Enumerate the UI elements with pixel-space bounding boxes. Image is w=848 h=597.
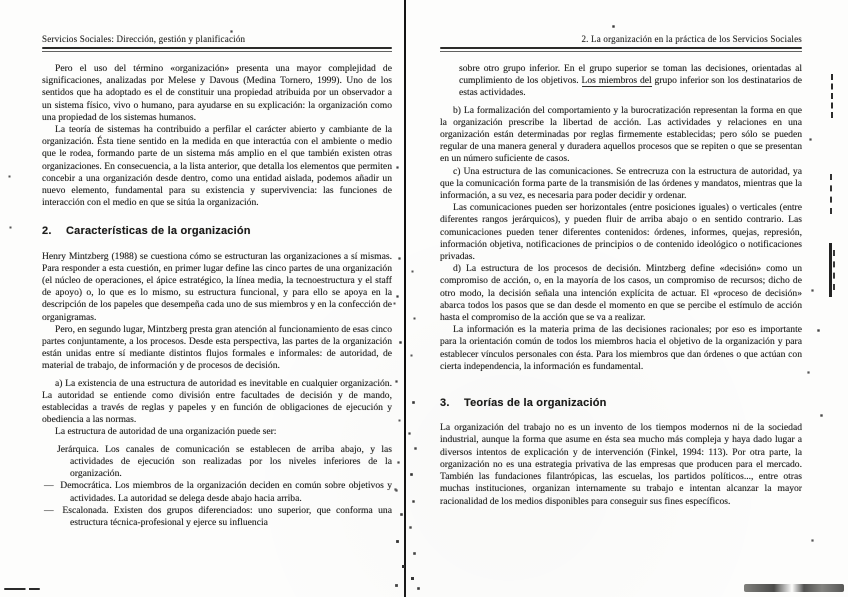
list-item-text: Jerárquica. Los canales de comunicación … bbox=[57, 444, 392, 479]
paragraph-organizacion-termino: Pero el uso del término «organización» p… bbox=[42, 63, 392, 124]
paragraph-b-formalizacion: b) La formalización del comportamiento y… bbox=[440, 105, 802, 166]
list-item-jerarquica: Jerárquica. Los canales de comunicación … bbox=[57, 444, 392, 481]
paragraph-c-comunicaciones: c) Una estructura de las comunicaciones.… bbox=[440, 166, 802, 203]
section-number: 3. bbox=[440, 397, 464, 409]
right-running-header: 2. La organización en la práctica de los… bbox=[440, 34, 802, 45]
paragraph-escalonada-continuation: sobre otro grupo inferior. En el grupo s… bbox=[440, 63, 802, 100]
page-edge-artifact bbox=[829, 243, 832, 297]
right-header-rule-echo bbox=[440, 51, 802, 52]
right-header-rule bbox=[440, 47, 802, 49]
paragraph-list-lead: La estructura de autoridad de una organi… bbox=[42, 426, 392, 438]
paragraph-a-autoridad: a) La existencia de una estructura de au… bbox=[42, 378, 392, 427]
list-item-text: Democrática. Los miembros de la organiza… bbox=[57, 480, 392, 503]
left-header-rule-echo bbox=[42, 51, 392, 52]
left-page-body: Pero el uso del término «organización» p… bbox=[42, 63, 392, 529]
left-running-header: Servicios Sociales: Dirección, gestión y… bbox=[42, 34, 392, 45]
section-heading-caracteristicas: 2.Características de la organización bbox=[42, 225, 392, 237]
page-edge-artifact bbox=[830, 174, 832, 214]
paragraph-d-informacion: La información es la materia prima de la… bbox=[440, 324, 802, 373]
paragraph-mintzberg-partes: Henry Mintzberg (1988) se cuestiona cómo… bbox=[42, 251, 392, 324]
section-number: 2. bbox=[42, 225, 66, 237]
section-title: Teorías de la organización bbox=[464, 397, 607, 409]
paragraph-d-decision: d) La estructura de los procesos de deci… bbox=[440, 263, 802, 324]
right-page-body: sobre otro grupo inferior. En el grupo s… bbox=[440, 63, 802, 508]
book-spine-line bbox=[404, 0, 406, 597]
list-item-text: Escalonada. Existen dos grupos diferenci… bbox=[57, 505, 392, 528]
paragraph-organizacion-trabajo: La organización del trabajo no es un inv… bbox=[440, 422, 802, 507]
left-page: Servicios Sociales: Dirección, gestión y… bbox=[42, 34, 392, 529]
continuation-underlined-text: Los miembros del bbox=[582, 75, 652, 87]
right-page: 2. La organización en la práctica de los… bbox=[440, 34, 802, 508]
paragraph-teoria-sistemas: La teoría de sistemas ha contribuido a p… bbox=[42, 124, 392, 209]
authority-types-list: Jerárquica. Los canales de comunicación … bbox=[42, 444, 392, 529]
paragraph-c-comunicaciones-flujo: Las comunicaciones pueden ser horizontal… bbox=[440, 202, 802, 263]
paragraph-mintzberg-procesos: Pero, en segundo lugar, Mintzberg presta… bbox=[42, 324, 392, 373]
section-title: Características de la organización bbox=[66, 225, 251, 237]
page-edge-artifact bbox=[831, 74, 833, 118]
photocopy-noise-specks bbox=[0, 0, 1, 1]
bottom-right-smudge bbox=[744, 584, 844, 592]
bottom-left-smudge bbox=[4, 588, 40, 590]
scanned-book-spread: Servicios Sociales: Dirección, gestión y… bbox=[0, 0, 848, 597]
list-item-democratica: — Democrática. Los miembros de la organi… bbox=[57, 480, 392, 504]
section-heading-teorias: 3.Teorías de la organización bbox=[440, 397, 802, 409]
left-header-rule bbox=[42, 47, 392, 49]
page-edge-artifact bbox=[833, 250, 835, 290]
list-item-escalonada: — Escalonada. Existen dos grupos diferen… bbox=[57, 505, 392, 529]
